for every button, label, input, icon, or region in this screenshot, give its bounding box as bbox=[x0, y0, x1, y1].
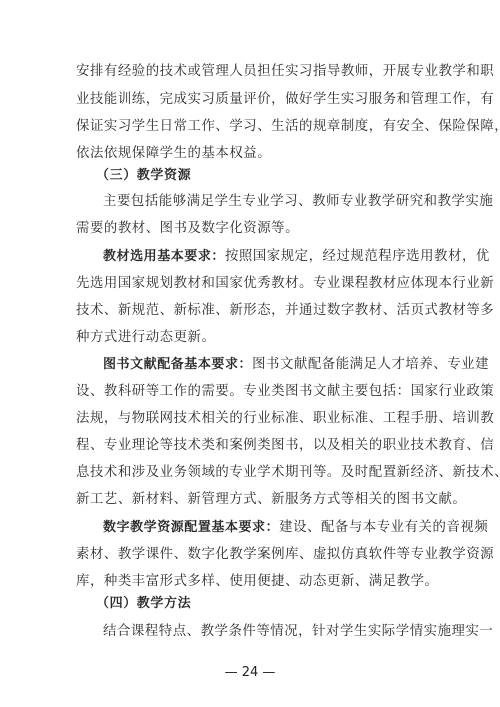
library-requirements-paragraph: 图书文献配备基本要求：图书文献配备能满足人才培养、专业建 bbox=[103, 357, 426, 373]
body-text-line: 保证实习学生日常工作、学习、生活的规章制度，有安全、保险保障， bbox=[76, 119, 426, 135]
document-page: 安排有经验的技术或管理人员担任实习指导教师，开展专业教学和职 业技能训练，完成实… bbox=[0, 0, 500, 707]
digital-resources-paragraph: 数字教学资源配置基本要求：建设、配备与本专业有关的音视频 bbox=[103, 520, 426, 536]
body-text-line: 需要的教材、图书及数字化资源等。 bbox=[76, 221, 426, 237]
body-text-line: 新工艺、新材料、新管理方式、新服务方式等相关的图书文献。 bbox=[76, 492, 426, 508]
section-heading-teaching-resources: （三）教学资源 bbox=[96, 168, 446, 184]
page-number: — 24 — bbox=[0, 665, 500, 680]
body-text-line: 息技术和涉及业务领域的专业学术期刊等。及时配置新经济、新技术、 bbox=[76, 465, 426, 481]
body-text-line: 法规，与物联网技术相关的行业标准、职业标准、工程手册、培训教 bbox=[76, 411, 426, 427]
textbook-requirements-label: 教材选用基本要求： bbox=[103, 249, 225, 264]
body-text-line: 先选用国家规划教材和国家优秀教材。专业课程教材应体现本行业新 bbox=[76, 276, 426, 292]
body-text: 按照国家规定，经过规范程序选用教材，优 bbox=[225, 249, 490, 264]
body-text-line: 设、教科研等工作的需要。专业类图书文献主要包括：国家行业政策 bbox=[76, 384, 426, 400]
body-text-line: 依法依规保障学生的基本权益。 bbox=[76, 146, 426, 162]
body-text: 图书文献配备能满足人才培养、专业建 bbox=[252, 357, 489, 372]
body-text-line: 程、专业理论等技术类和案例类图书，以及相关的职业技术教育、信 bbox=[76, 438, 426, 454]
section-heading-teaching-methods: （四）教学方法 bbox=[96, 596, 446, 612]
body-text: 建设、配备与本专业有关的音视频 bbox=[279, 520, 488, 535]
body-text-line: 结合课程特点、教学条件等情况，针对学生实际学情实施理实一 bbox=[103, 624, 426, 640]
digital-resources-label: 数字教学资源配置基本要求： bbox=[103, 520, 279, 535]
textbook-requirements-paragraph: 教材选用基本要求：按照国家规定，经过规范程序选用教材，优 bbox=[103, 249, 426, 265]
body-text-line: 素材、教学课件、数字化教学案例库、虚拟仿真软件等专业教学资源 bbox=[76, 547, 426, 563]
body-text-line: 库，种类丰富形式多样、使用便捷、动态更新、满足教学。 bbox=[76, 574, 426, 590]
body-text-line: 业技能训练，完成实习质量评价，做好学生实习服务和管理工作，有 bbox=[76, 92, 426, 108]
body-text-line: 安排有经验的技术或管理人员担任实习指导教师，开展专业教学和职 bbox=[76, 64, 426, 80]
body-text-line: 主要包括能够满足学生专业学习、教师专业教学研究和教学实施 bbox=[103, 194, 426, 210]
body-text-line: 技术、新规范、新标准、新形态，并通过数字教材、活页式教材等多 bbox=[76, 303, 426, 319]
body-text-line: 种方式进行动态更新。 bbox=[76, 330, 426, 346]
library-requirements-label: 图书文献配备基本要求： bbox=[103, 357, 252, 372]
